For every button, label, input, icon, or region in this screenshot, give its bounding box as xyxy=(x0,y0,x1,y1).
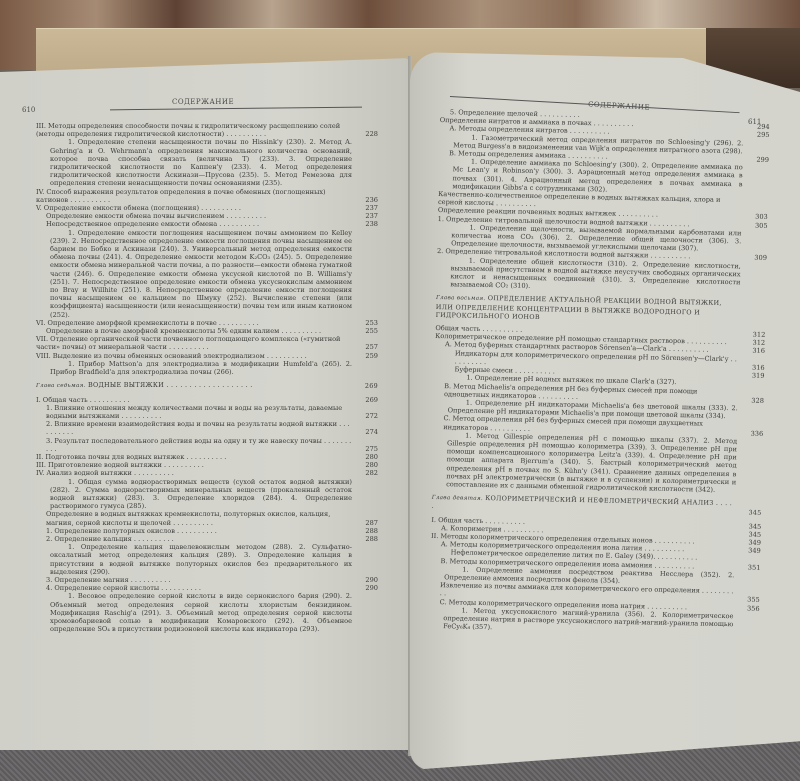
toc-entry-text: VI. Определение аморфной кремнекислоты в… xyxy=(36,319,352,327)
toc-entry: 2. Влияние времени взаимодействия воды и… xyxy=(36,420,378,436)
toc-subentry-paragraph: 1. Общая сумма воднорастворимых веществ … xyxy=(36,478,378,511)
toc-entry: VIII. Выделение из почвы обменных основа… xyxy=(36,352,378,360)
toc-entry-text: Определение в водных вытяжках кремнекисл… xyxy=(46,510,352,526)
toc-entry-text: Определение в почве аморфной кремнекисло… xyxy=(46,327,352,335)
toc-entry-page: 287 xyxy=(352,519,378,527)
toc-entry-text: VIII. Выделение из почвы обменных основа… xyxy=(36,352,352,360)
toc-entry-page: 236 xyxy=(352,196,378,204)
chapter-9-page: 345 xyxy=(736,509,762,518)
toc-entry-page: 290 xyxy=(352,576,378,584)
toc-entry-text: 4. Определение серной кислоты . . . . . … xyxy=(46,584,352,592)
toc-entry: VII. Отделение органической части почвен… xyxy=(36,335,378,351)
toc-entry-page: 316 xyxy=(739,347,765,356)
toc-entry: Непосредственное определение емкости обм… xyxy=(36,220,378,228)
toc-entry-text: Непосредственное определение емкости обм… xyxy=(46,220,352,228)
chapter-7-label: Глава седьмая. xyxy=(36,383,86,389)
toc-entry-page: 238 xyxy=(352,220,378,228)
toc-entry-page: 319 xyxy=(738,371,764,380)
toc-entry-text: 1. Определение аммиака по Schloesing'у (… xyxy=(452,158,743,193)
toc-entry-page: 274 xyxy=(352,428,378,436)
toc-entry-text: 1. Определение кальция щавелевокислым ме… xyxy=(50,543,352,576)
toc-entry-text: 1. Общая сумма воднорастворимых веществ … xyxy=(50,478,352,511)
toc-entry-text: 3. Результат последовательного действия … xyxy=(46,437,352,453)
toc-entry-text: IV. Анализ водной вытяжки . . . . . . . … xyxy=(36,469,352,477)
toc-entry-page: 295 xyxy=(743,131,769,140)
toc-entry: I. Общая часть . . . . . . . . . .269 xyxy=(36,396,378,404)
chapter-7-heading: Глава седьмая. ВОДНЫЕ ВЫТЯЖКИ . . . . . … xyxy=(36,381,378,390)
chapter-9-heading: Глава девятая. КОЛОРИМЕТРИЧЕСКИЙ И НЕФЕЛ… xyxy=(432,493,762,517)
toc-entry-page: 288 xyxy=(352,527,378,535)
chapter-7-title: ВОДНЫЕ ВЫТЯЖКИ xyxy=(88,381,164,389)
toc-entry-text: VII. Отделение органической части почвен… xyxy=(36,335,352,351)
chapter-7-page: 269 xyxy=(352,382,378,390)
toc-entry-page: 280 xyxy=(352,453,378,461)
toc-entry-page: 328 xyxy=(738,396,764,405)
toc-entry: Определение емкости обмена почвы вычисле… xyxy=(36,212,378,220)
toc-entry: VI. Определение аморфной кремнекислоты в… xyxy=(36,319,378,327)
toc-entry-page: 299 xyxy=(743,155,769,164)
toc-entry-text: 1. Весовое определение серной кислоты в … xyxy=(50,592,352,633)
toc-entry: 3. Результат последовательного действия … xyxy=(36,437,378,453)
chapter-8-label: Глава восьмая. xyxy=(436,295,486,302)
toc-entry-page: 269 xyxy=(352,396,378,404)
toc-entry: Определение в водных вытяжках кремнекисл… xyxy=(36,510,378,526)
toc-entry-text: 1. Метод Gillespie определения pH с помо… xyxy=(446,431,737,493)
toc-entry: II. Подготовка почвы для водных вытяжек … xyxy=(36,453,378,461)
toc-entry-page: 356 xyxy=(734,604,760,613)
toc-entry-text: I. Общая часть . . . . . . . . . . xyxy=(36,396,352,404)
toc-entry-text: 1. Определение общей кислотности (310). … xyxy=(450,256,741,290)
chapter-8-heading: Глава восьмая. ОПРЕДЕЛЕНИЕ АКТУАЛЬНОЙ РЕ… xyxy=(436,293,766,326)
toc-entry-text: III. Приготовление водной вытяжки . . . … xyxy=(36,461,352,469)
toc-subentry-paragraph: 1. Определение кальция щавелевокислым ме… xyxy=(36,543,378,576)
toc-entry-page: 237 xyxy=(352,212,378,220)
chapter-9-entries: I. Общая часть . . . . . . . . . .345A. … xyxy=(429,515,761,637)
toc-entry-page: 253 xyxy=(352,319,378,327)
toc-entry-page: 282 xyxy=(352,469,378,477)
toc-subentry-paragraph: 1. Весовое определение серной кислоты в … xyxy=(36,592,378,633)
toc-entry-page: 288 xyxy=(352,535,378,543)
toc-entry-page: 255 xyxy=(352,327,378,335)
chapter-8-entries: Общая часть . . . . . . . . . .312Колори… xyxy=(432,324,765,495)
toc-subentry-paragraph: 1. Определение степени насыщенности почв… xyxy=(36,138,378,187)
toc-entry-text: IV. Способ выражения результатов определ… xyxy=(36,188,352,204)
toc-entry-text: 2. Определение кальция . . . . . . . . .… xyxy=(46,535,352,543)
toc-entry: IV. Анализ водной вытяжки . . . . . . . … xyxy=(36,469,378,477)
toc-entry-text: V. Определение емкости обмена (поглощени… xyxy=(36,204,352,212)
toc-entry-text: 2. Влияние времени взаимодействия воды и… xyxy=(46,420,352,436)
toc-entry-page: 305 xyxy=(742,221,768,230)
toc-entry-text: 1. Прибор Mattson'а для электродиализа в… xyxy=(50,360,352,376)
left-toc: III. Методы определения способности почв… xyxy=(36,122,378,633)
toc-entry-text: II. Подготовка почвы для водных вытяжек … xyxy=(36,453,352,461)
toc-entry-page: 237 xyxy=(352,204,378,212)
toc-entry-page: 228 xyxy=(352,130,378,138)
toc-entry: III. Методы определения способности почв… xyxy=(36,122,378,138)
toc-entry-text: 1. Определение емкости поглощения насыще… xyxy=(50,229,352,319)
toc-entry-text: 3. Определение магния . . . . . . . . . … xyxy=(46,576,352,584)
toc-entry-page: 259 xyxy=(352,352,378,360)
toc-entry-page: 351 xyxy=(734,563,760,572)
toc-subentry-paragraph: 1. Метод Gillespie определения pH с помо… xyxy=(432,431,763,495)
toc-entry-page: 336 xyxy=(737,429,763,438)
toc-entry: IV. Способ выражения результатов определ… xyxy=(36,188,378,204)
toc-entry-page: 280 xyxy=(352,461,378,469)
chapter-9-label: Глава девятая. xyxy=(432,495,483,502)
toc-entry: Определение в почве аморфной кремнекисло… xyxy=(36,327,378,335)
toc-entry: III. Приготовление водной вытяжки . . . … xyxy=(36,461,378,469)
toc-entry-text: 1. Определение полуторных окислов . . . … xyxy=(46,527,352,535)
toc-entry-page: 272 xyxy=(352,412,378,420)
toc-entry-text: 1. Влияние отношения между количествами … xyxy=(46,404,352,420)
chapter-8-page xyxy=(740,325,766,326)
toc-subentry-paragraph: 1. Прибор Mattson'а для электродиализа в… xyxy=(36,360,378,376)
right-toc: 5. Определение щелочей . . . . . . . . .… xyxy=(429,108,770,637)
toc-entry-page: 349 xyxy=(735,546,761,555)
toc-entry: 2. Определение кальция . . . . . . . . .… xyxy=(36,535,378,543)
toc-entry-page: 290 xyxy=(352,584,378,592)
toc-entry: 1. Определение полуторных окислов . . . … xyxy=(36,527,378,535)
toc-entry-text: III. Методы определения способности почв… xyxy=(36,122,352,138)
toc-entry: V. Определение емкости обмена (поглощени… xyxy=(36,204,378,212)
right-toc-entries: 5. Определение щелочей . . . . . . . . .… xyxy=(436,108,770,295)
chapter-9-title: КОЛОРИМЕТРИЧЕСКИЙ И НЕФЕЛОМЕТРИЧЕСКИЙ АН… xyxy=(485,494,713,507)
toc-entry: 3. Определение магния . . . . . . . . . … xyxy=(36,576,378,584)
toc-entry-text: 1. Определение степени насыщенности почв… xyxy=(50,138,352,187)
left-running-head: СОДЕРЖАНИЕ xyxy=(172,98,234,106)
chapter-7-entries: I. Общая часть . . . . . . . . . .2691. … xyxy=(36,396,378,634)
toc-subentry-paragraph: 1. Определение общей кислотности (310). … xyxy=(436,256,767,296)
toc-entry: 1. Влияние отношения между количествами … xyxy=(36,404,378,420)
left-toc-entries: III. Методы определения способности почв… xyxy=(36,122,378,376)
toc-entry-text: Определение емкости обмена почвы вычисле… xyxy=(46,212,352,220)
toc-subentry-paragraph: 1. Определение емкости поглощения насыще… xyxy=(36,229,378,319)
toc-entry-page: 257 xyxy=(352,343,378,351)
toc-entry-page: 275 xyxy=(352,445,378,453)
toc-entry: 4. Определение серной кислоты . . . . . … xyxy=(36,584,378,592)
left-page-number: 610 xyxy=(22,106,35,114)
toc-entry-page: 309 xyxy=(741,254,767,263)
